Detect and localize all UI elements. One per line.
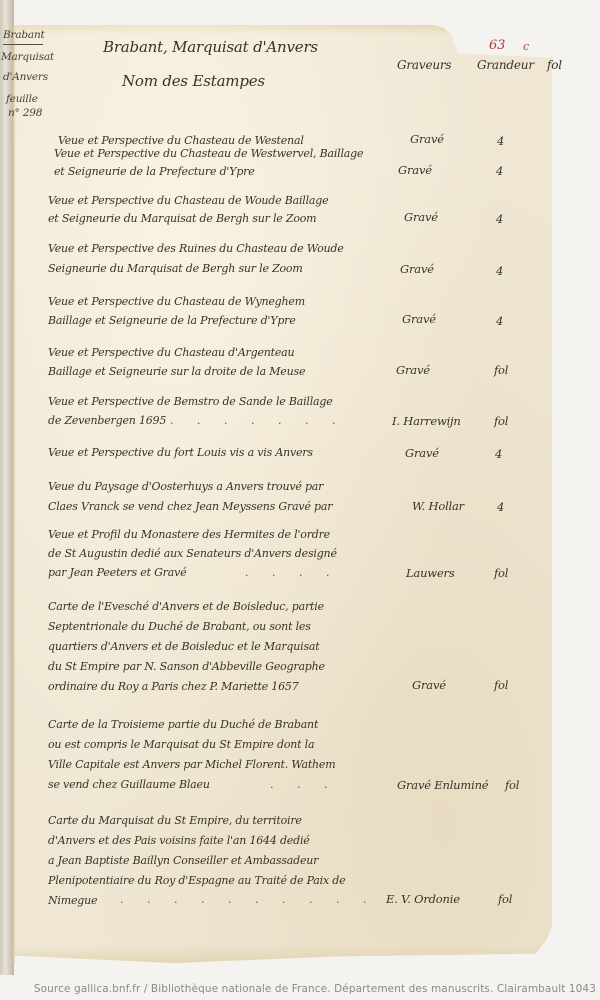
- entry-line: Veue et Perspective du fort Louis vis a …: [48, 440, 313, 465]
- entry-size: fol: [498, 892, 512, 906]
- entry-engraver: Gravé: [412, 678, 446, 692]
- entry-engraver: Gravé Enluminé: [397, 778, 488, 792]
- entry-engraver: Gravé: [405, 446, 439, 460]
- entry-size: 4: [496, 164, 503, 178]
- entry-line: et Seigneurie de la Prefecture d'Ypre: [54, 159, 255, 184]
- leader-dots: . . .: [270, 778, 337, 791]
- margin-note-line: Marquisat: [1, 50, 54, 65]
- column-header-engraver: Graveurs: [397, 58, 451, 72]
- entry-line: Nimegue: [48, 888, 97, 913]
- folio-suffix: c: [523, 40, 529, 53]
- entry-size: fol: [494, 566, 508, 580]
- leader-dots: . . . . . . . . . .: [120, 893, 376, 906]
- column-header-fol: fol: [547, 58, 562, 72]
- entry-line: et Seigneurie du Marquisat de Bergh sur …: [48, 206, 316, 231]
- entry-engraver: Lauwers: [406, 566, 455, 580]
- entry-engraver: I. Harrewijn: [392, 414, 461, 428]
- entry-size: 4: [496, 212, 503, 226]
- entry-size: 4: [496, 314, 503, 328]
- entry-engraver: Gravé: [400, 262, 434, 276]
- entry-line: se vend chez Guillaume Blaeu: [48, 772, 210, 797]
- entry-size: 4: [497, 134, 504, 148]
- margin-note-line: d'Anvers: [3, 70, 48, 85]
- entry-size: 4: [495, 447, 502, 461]
- entry-size: fol: [494, 363, 508, 377]
- entry-size: fol: [494, 414, 508, 428]
- folio-number: 63: [489, 38, 505, 53]
- entry-size: 4: [497, 500, 504, 514]
- entry-line: Seigneurie du Marquisat de Bergh sur le …: [48, 256, 303, 281]
- entry-engraver: W. Hollar: [412, 499, 464, 513]
- entry-line: par Jean Peeters et Gravé: [48, 560, 186, 585]
- entry-line: Claes Vranck se vend chez Jean Meyssens …: [48, 494, 332, 519]
- column-header-size: Grandeur: [477, 58, 534, 72]
- entry-engraver: E. V. Ordonie: [386, 892, 460, 906]
- entry-line: Baillage et Seigneurie de la Prefecture …: [48, 308, 296, 333]
- entry-size: fol: [505, 778, 519, 792]
- entry-engraver: Gravé: [398, 163, 432, 177]
- entry-line: Baillage et Seigneurie sur la droite de …: [48, 359, 305, 384]
- page-title: Brabant, Marquisat d'Anvers: [103, 38, 318, 56]
- margin-note-line: Brabant: [3, 28, 45, 43]
- source-caption: Source gallica.bnf.fr / Bibliothèque nat…: [0, 983, 600, 995]
- entry-line: de Zevenbergen 1695: [48, 408, 166, 433]
- entry-engraver: Gravé: [396, 363, 430, 377]
- entry-line: ordinaire du Roy a Paris chez P. Mariett…: [48, 674, 299, 699]
- margin-note-line: feuille: [6, 92, 38, 107]
- margin-underline: [3, 44, 43, 45]
- margin-note-line: n° 298: [8, 106, 42, 121]
- leader-dots: . . . .: [245, 566, 339, 579]
- page-subtitle: Nom des Estampes: [122, 72, 265, 90]
- entry-engraver: Gravé: [402, 312, 436, 326]
- entry-engraver: Gravé: [404, 210, 438, 224]
- page-gutter: [12, 25, 15, 963]
- entry-size: fol: [494, 678, 508, 692]
- leader-dots: . . . . . . .: [170, 414, 345, 427]
- entry-engraver: Gravé: [410, 132, 444, 146]
- entry-size: 4: [496, 264, 503, 278]
